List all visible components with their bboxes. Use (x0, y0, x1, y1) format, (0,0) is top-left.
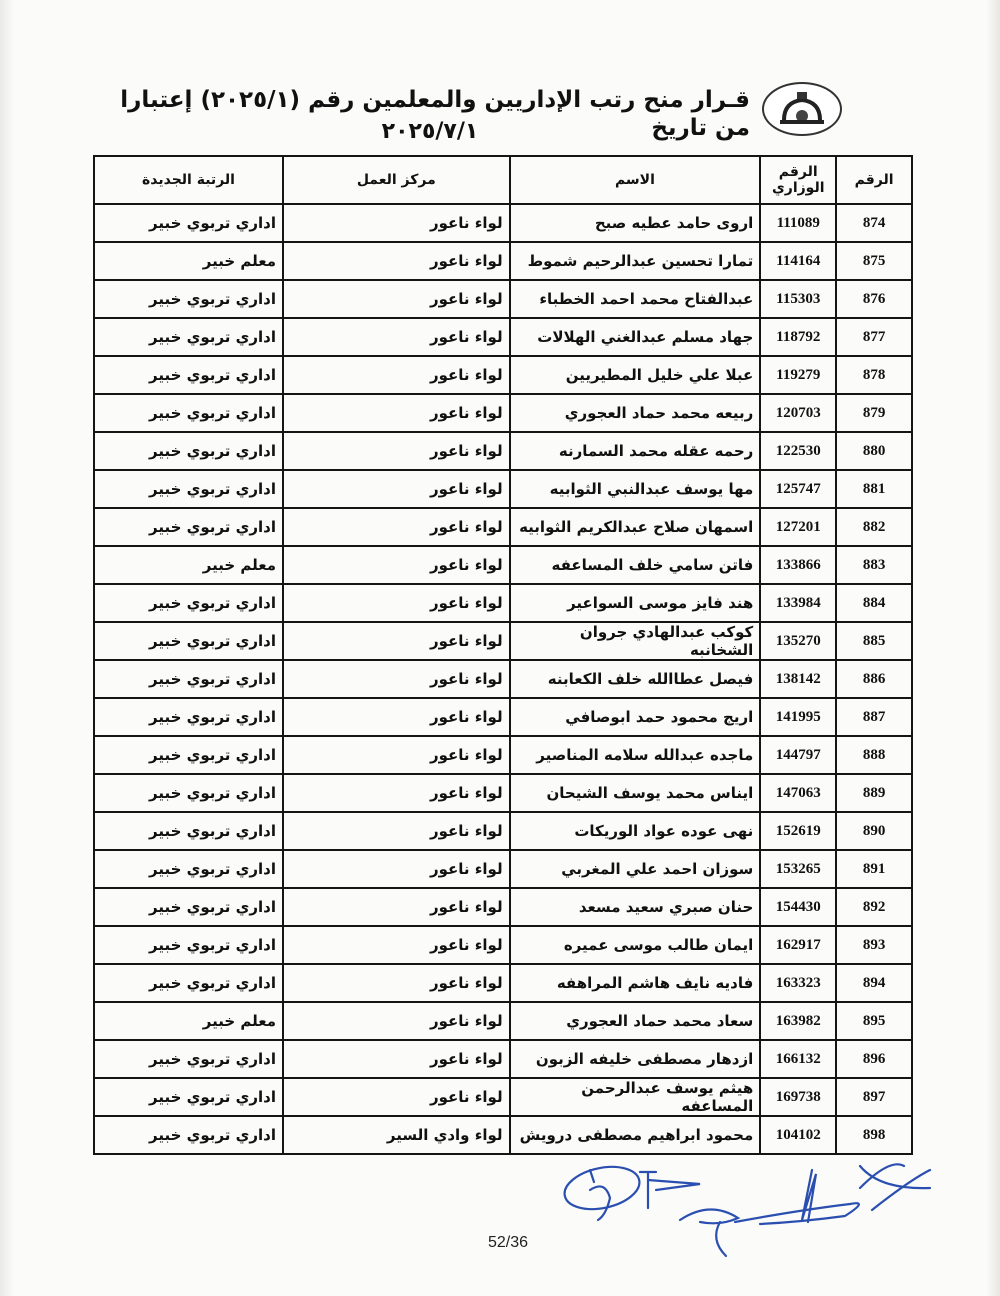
table-row: 876115303عبدالفتاح محمد احمد الخطباءلواء… (94, 280, 912, 318)
cell-serial: 892 (836, 888, 912, 926)
cell-ministry-id: 122530 (760, 432, 836, 470)
cell-serial: 897 (836, 1078, 912, 1116)
cell-name: حنان صبري سعيد مسعد (510, 888, 761, 926)
table-row: 875114164تمارا تحسين عبدالرحيم شموطلواء … (94, 242, 912, 280)
cell-workplace: لواء ناعور (283, 622, 510, 660)
cell-name: ايناس محمد يوسف الشيحان (510, 774, 761, 812)
cell-new-rank: اداري تربوي خبير (94, 1040, 283, 1078)
cell-workplace: لواء ناعور (283, 280, 510, 318)
cell-ministry-id: 115303 (760, 280, 836, 318)
cell-ministry-id: 153265 (760, 850, 836, 888)
cell-ministry-id: 163982 (760, 1002, 836, 1040)
cell-ministry-id: 111089 (760, 204, 836, 242)
cell-ministry-id: 133984 (760, 584, 836, 622)
cell-ministry-id: 135270 (760, 622, 836, 660)
table-row: 885135270كوكب عبدالهادي جروان الشخانبهلو… (94, 622, 912, 660)
cell-workplace: لواء ناعور (283, 926, 510, 964)
cell-new-rank: معلم خبير (94, 1002, 283, 1040)
cell-new-rank: اداري تربوي خبير (94, 736, 283, 774)
cell-workplace: لواء ناعور (283, 1040, 510, 1078)
cell-new-rank: اداري تربوي خبير (94, 698, 283, 736)
cell-workplace: لواء ناعور (283, 660, 510, 698)
cell-serial: 896 (836, 1040, 912, 1078)
cell-workplace: لواء ناعور (283, 584, 510, 622)
header-workplace: مركز العمل (283, 156, 510, 204)
cell-ministry-id: 152619 (760, 812, 836, 850)
cell-name: سعاد محمد حماد العجوري (510, 1002, 761, 1040)
cell-name: كوكب عبدالهادي جروان الشخانبه (510, 622, 761, 660)
cell-name: نهى عوده عواد الوريكات (510, 812, 761, 850)
cell-workplace: لواء ناعور (283, 850, 510, 888)
cell-workplace: لواء ناعور (283, 736, 510, 774)
cell-serial: 886 (836, 660, 912, 698)
cell-ministry-id: 133866 (760, 546, 836, 584)
table-row: 878119279عبلا علي خليل المطيريينلواء ناع… (94, 356, 912, 394)
cell-name: عبلا علي خليل المطيريين (510, 356, 761, 394)
cell-serial: 890 (836, 812, 912, 850)
cell-name: هند فايز موسى السواعير (510, 584, 761, 622)
cell-serial: 875 (836, 242, 912, 280)
cell-name: اريج محمود حمد ابوصافي (510, 698, 761, 736)
table-row: 874111089اروى حامد عطيه صبحلواء ناعورادا… (94, 204, 912, 242)
page-number: 52/36 (488, 1234, 528, 1252)
cell-ministry-id: 138142 (760, 660, 836, 698)
cell-new-rank: اداري تربوي خبير (94, 470, 283, 508)
cell-new-rank: اداري تربوي خبير (94, 964, 283, 1002)
table-row: 888144797ماجده عبدالله سلامه المناصيرلوا… (94, 736, 912, 774)
cell-new-rank: اداري تربوي خبير (94, 850, 283, 888)
cell-new-rank: اداري تربوي خبير (94, 1078, 283, 1116)
cell-new-rank: اداري تربوي خبير (94, 280, 283, 318)
cell-serial: 889 (836, 774, 912, 812)
cell-workplace: لواء ناعور (283, 698, 510, 736)
cell-workplace: لواء ناعور (283, 1002, 510, 1040)
cell-workplace: لواء ناعور (283, 508, 510, 546)
cell-ministry-id: 144797 (760, 736, 836, 774)
cell-ministry-id: 114164 (760, 242, 836, 280)
cell-new-rank: اداري تربوي خبير (94, 356, 283, 394)
header-serial: الرقم (836, 156, 912, 204)
cell-serial: 876 (836, 280, 912, 318)
cell-ministry-id: 141995 (760, 698, 836, 736)
cell-name: جهاد مسلم عبدالغني الهلالات (510, 318, 761, 356)
cell-serial: 898 (836, 1116, 912, 1154)
cell-workplace: لواء ناعور (283, 1078, 510, 1116)
cell-ministry-id: 154430 (760, 888, 836, 926)
cell-serial: 885 (836, 622, 912, 660)
ministry-emblem-icon (762, 82, 842, 136)
cell-workplace: لواء ناعور (283, 356, 510, 394)
cell-ministry-id: 169738 (760, 1078, 836, 1116)
cell-serial: 881 (836, 470, 912, 508)
cell-new-rank: معلم خبير (94, 242, 283, 280)
cell-workplace: لواء ناعور (283, 432, 510, 470)
cell-name: سوزان احمد علي المغربي (510, 850, 761, 888)
cell-new-rank: اداري تربوي خبير (94, 774, 283, 812)
cell-new-rank: اداري تربوي خبير (94, 204, 283, 242)
cell-workplace: لواء ناعور (283, 964, 510, 1002)
cell-name: ازدهار مصطفى خليفه الزبون (510, 1040, 761, 1078)
cell-new-rank: اداري تربوي خبير (94, 432, 283, 470)
cell-serial: 884 (836, 584, 912, 622)
cell-ministry-id: 125747 (760, 470, 836, 508)
cell-ministry-id: 104102 (760, 1116, 836, 1154)
cell-new-rank: اداري تربوي خبير (94, 622, 283, 660)
promotion-table: الرقم الرقم الوزاري الاسم مركز العمل الر… (93, 155, 913, 1155)
cell-new-rank: اداري تربوي خبير (94, 508, 283, 546)
table-row: 896166132ازدهار مصطفى خليفه الزبونلواء ن… (94, 1040, 912, 1078)
cell-serial: 877 (836, 318, 912, 356)
document-date: ٢٠٢٥/٧/١ (300, 118, 560, 146)
cell-ministry-id: 127201 (760, 508, 836, 546)
table-row: 881125747مها يوسف عبدالنبي الثوابيهلواء … (94, 470, 912, 508)
table-row: 877118792جهاد مسلم عبدالغني الهلالاتلواء… (94, 318, 912, 356)
cell-serial: 882 (836, 508, 912, 546)
table-row: 897169738هيثم يوسف عبدالرحمن المساعفهلوا… (94, 1078, 912, 1116)
crown-arch-emblem-icon (774, 90, 830, 128)
cell-workplace: لواء ناعور (283, 394, 510, 432)
table-row: 883133866فاتن سامي خلف المساعفهلواء ناعو… (94, 546, 912, 584)
cell-name: ماجده عبدالله سلامه المناصير (510, 736, 761, 774)
cell-serial: 887 (836, 698, 912, 736)
cell-name: اسمهان صلاح عبدالكريم الثوابيه (510, 508, 761, 546)
cell-name: فاتن سامي خلف المساعفه (510, 546, 761, 584)
cell-serial: 895 (836, 1002, 912, 1040)
cell-name: تمارا تحسين عبدالرحيم شموط (510, 242, 761, 280)
cell-workplace: لواء وادي السير (283, 1116, 510, 1154)
table-row: 884133984هند فايز موسى السواعيرلواء ناعو… (94, 584, 912, 622)
cell-ministry-id: 147063 (760, 774, 836, 812)
cell-serial: 883 (836, 546, 912, 584)
table-row: 882127201اسمهان صلاح عبدالكريم الثوابيهل… (94, 508, 912, 546)
cell-ministry-id: 119279 (760, 356, 836, 394)
header-ministry-id: الرقم الوزاري (760, 156, 836, 204)
cell-ministry-id: 118792 (760, 318, 836, 356)
cell-workplace: لواء ناعور (283, 470, 510, 508)
cell-ministry-id: 162917 (760, 926, 836, 964)
cell-name: عبدالفتاح محمد احمد الخطباء (510, 280, 761, 318)
cell-name: ربيعه محمد حماد العجوري (510, 394, 761, 432)
table-row: 894163323فاديه نايف هاشم المراهفهلواء نا… (94, 964, 912, 1002)
table-row: 880122530رحمه عقله محمد السمارنهلواء ناع… (94, 432, 912, 470)
cell-name: فاديه نايف هاشم المراهفه (510, 964, 761, 1002)
table-row: 889147063ايناس محمد يوسف الشيحانلواء ناع… (94, 774, 912, 812)
cell-new-rank: اداري تربوي خبير (94, 660, 283, 698)
cell-serial: 894 (836, 964, 912, 1002)
cell-name: اروى حامد عطيه صبح (510, 204, 761, 242)
cell-serial: 874 (836, 204, 912, 242)
table-row: 892154430حنان صبري سعيد مسعدلواء ناعوراد… (94, 888, 912, 926)
header-new-rank: الرتبة الجديدة (94, 156, 283, 204)
header-name: الاسم (510, 156, 761, 204)
table-row: 887141995اريج محمود حمد ابوصافيلواء ناعو… (94, 698, 912, 736)
table-row: 898104102محمود ابراهيم مصطفى درويشلواء و… (94, 1116, 912, 1154)
cell-serial: 891 (836, 850, 912, 888)
cell-name: هيثم يوسف عبدالرحمن المساعفه (510, 1078, 761, 1116)
table-row: 893162917ايمان طالب موسى عميرهلواء ناعور… (94, 926, 912, 964)
cell-serial: 880 (836, 432, 912, 470)
cell-new-rank: معلم خبير (94, 546, 283, 584)
table-row: 891153265سوزان احمد علي المغربيلواء ناعو… (94, 850, 912, 888)
cell-serial: 878 (836, 356, 912, 394)
cell-workplace: لواء ناعور (283, 318, 510, 356)
cell-new-rank: اداري تربوي خبير (94, 1116, 283, 1154)
cell-workplace: لواء ناعور (283, 546, 510, 584)
cell-new-rank: اداري تربوي خبير (94, 584, 283, 622)
cell-ministry-id: 163323 (760, 964, 836, 1002)
cell-new-rank: اداري تربوي خبير (94, 812, 283, 850)
cell-name: ايمان طالب موسى عميره (510, 926, 761, 964)
cell-workplace: لواء ناعور (283, 812, 510, 850)
cell-serial: 888 (836, 736, 912, 774)
cell-name: مها يوسف عبدالنبي الثوابيه (510, 470, 761, 508)
cell-workplace: لواء ناعور (283, 888, 510, 926)
table-body: 874111089اروى حامد عطيه صبحلواء ناعورادا… (94, 204, 912, 1154)
cell-ministry-id: 166132 (760, 1040, 836, 1078)
cell-new-rank: اداري تربوي خبير (94, 926, 283, 964)
signatures-icon (560, 1160, 980, 1296)
cell-serial: 893 (836, 926, 912, 964)
cell-new-rank: اداري تربوي خبير (94, 318, 283, 356)
cell-new-rank: اداري تربوي خبير (94, 888, 283, 926)
cell-workplace: لواء ناعور (283, 774, 510, 812)
table-header-row: الرقم الرقم الوزاري الاسم مركز العمل الر… (94, 156, 912, 204)
table-row: 879120703ربيعه محمد حماد العجوريلواء ناع… (94, 394, 912, 432)
table-row: 890152619نهى عوده عواد الوريكاتلواء ناعو… (94, 812, 912, 850)
table-row: 895163982سعاد محمد حماد العجوريلواء ناعو… (94, 1002, 912, 1040)
cell-workplace: لواء ناعور (283, 242, 510, 280)
table-row: 886138142فيصل عطاالله خلف الكعابنهلواء ن… (94, 660, 912, 698)
cell-serial: 879 (836, 394, 912, 432)
cell-name: محمود ابراهيم مصطفى درويش (510, 1116, 761, 1154)
cell-ministry-id: 120703 (760, 394, 836, 432)
cell-name: رحمه عقله محمد السمارنه (510, 432, 761, 470)
cell-name: فيصل عطاالله خلف الكعابنه (510, 660, 761, 698)
cell-workplace: لواء ناعور (283, 204, 510, 242)
cell-new-rank: اداري تربوي خبير (94, 394, 283, 432)
